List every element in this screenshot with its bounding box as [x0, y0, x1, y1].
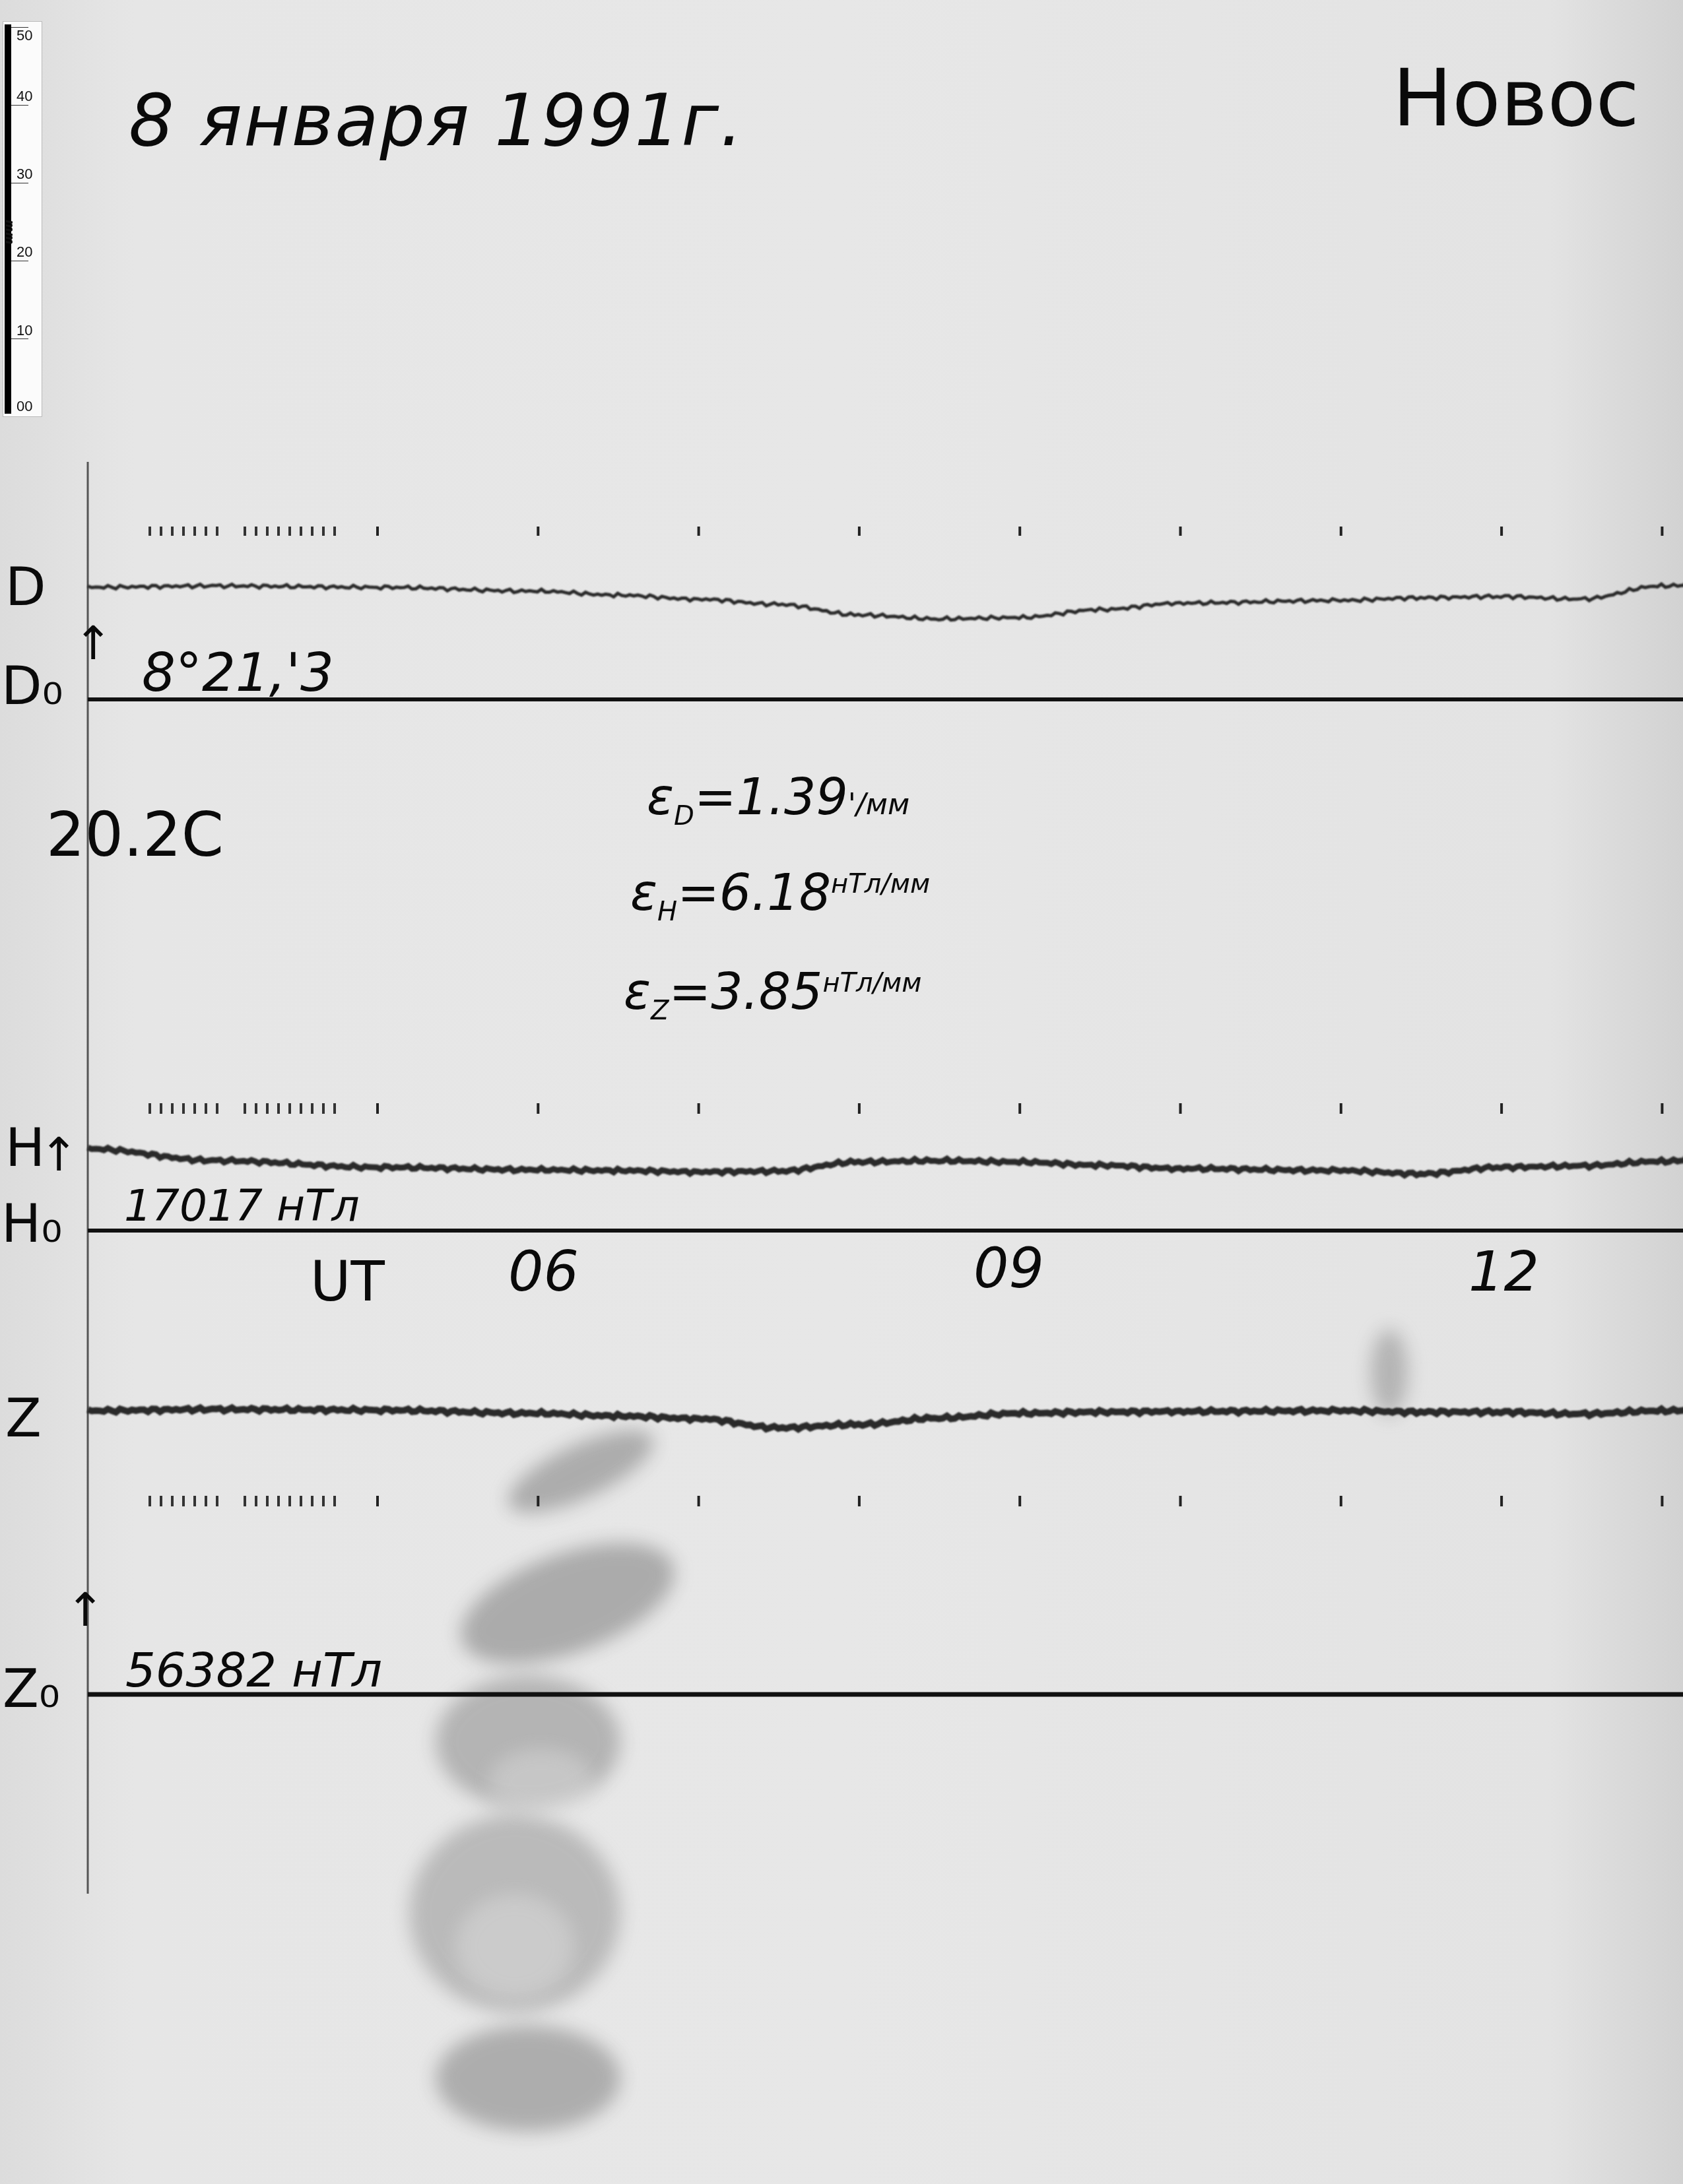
trace-d	[88, 583, 1683, 620]
temperature: 20.2C	[46, 805, 224, 866]
hour-mark	[858, 527, 861, 536]
hour-label-06: 06	[508, 1244, 579, 1299]
hour-mark	[1179, 1103, 1182, 1114]
hour-label-12: 12	[1468, 1244, 1539, 1299]
water-stain	[409, 1330, 1408, 2131]
hour-mark	[1500, 1496, 1503, 1506]
record-date: 8 января 1991г.	[129, 86, 744, 157]
hour-mark	[1500, 527, 1503, 536]
channel-label-z: Z	[5, 1392, 42, 1445]
baseline-label-d0: D₀	[1, 660, 63, 713]
hour-mark	[698, 1496, 700, 1506]
arrow-up-icon: ↑	[74, 620, 113, 666]
hour-mark	[537, 1496, 539, 1506]
hour-mark	[1018, 527, 1021, 536]
hour-mark	[1500, 1103, 1503, 1114]
station-name: Новос	[1393, 59, 1639, 139]
baseline-value-h0: 17017 нТл	[124, 1184, 360, 1228]
trace-z	[88, 1407, 1683, 1429]
hour-mark	[376, 527, 379, 536]
hour-mark	[376, 1103, 379, 1114]
hour-mark	[537, 1103, 539, 1114]
hour-mark	[858, 1103, 861, 1114]
hour-mark	[1661, 1496, 1663, 1506]
scale-value-h: εH=6.18нТл/мм	[630, 868, 930, 925]
hour-mark	[1018, 1103, 1021, 1114]
channel-label-d: D	[5, 561, 46, 614]
baseline-label-z0: Z₀	[3, 1663, 60, 1716]
magnetogram-traces	[0, 0, 1683, 2184]
arrow-up-icon: ↑	[40, 1132, 79, 1178]
hour-mark	[1179, 527, 1182, 536]
baseline-value-d0: 8°21,'3	[142, 647, 334, 699]
hour-mark	[858, 1496, 861, 1506]
hour-label-09: 09	[973, 1240, 1044, 1296]
hour-mark	[1179, 1496, 1182, 1506]
scale-value-z: εZ=3.85нТл/мм	[624, 967, 921, 1024]
hour-mark	[698, 527, 700, 536]
scale-value-d: εD=1.39'/мм	[647, 772, 909, 829]
time-axis-label: UT	[310, 1254, 385, 1309]
hour-mark	[1340, 527, 1342, 536]
arrow-up-icon: ↑	[66, 1587, 105, 1633]
hour-mark	[1661, 1103, 1663, 1114]
hour-mark	[1340, 1103, 1342, 1114]
hour-mark	[1661, 527, 1663, 536]
hour-mark	[376, 1496, 379, 1506]
baseline-value-z0: 56382 нТл	[125, 1646, 382, 1694]
hour-mark	[1018, 1496, 1021, 1506]
hour-mark	[698, 1103, 700, 1114]
hour-mark	[537, 527, 539, 536]
baseline-label-h0: H₀	[1, 1198, 62, 1250]
trace-h	[88, 1147, 1683, 1175]
hour-mark	[1340, 1496, 1342, 1506]
